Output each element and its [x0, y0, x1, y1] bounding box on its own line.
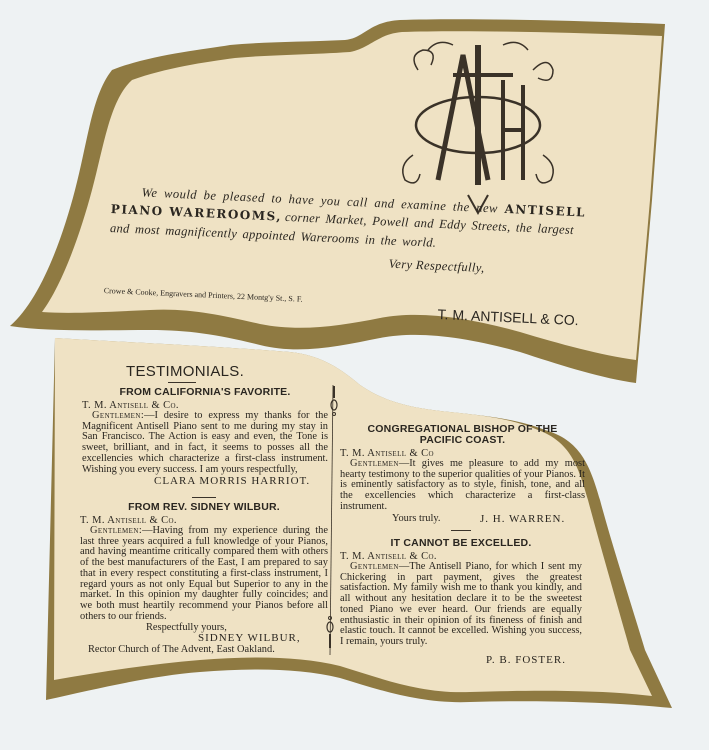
salutation: Gentlemen:: [90, 525, 142, 536]
testimonial-heading: CONGREGATIONAL BISHOP OF THE PACIFIC COA…: [340, 424, 585, 446]
testimonial-closing: Yours truly.: [392, 513, 441, 524]
testimonial-signature: J. H. WARREN.: [480, 513, 565, 525]
testimonial-signature: SIDNEY WILBUR,: [198, 633, 328, 644]
brand-name: ANTISELL: [504, 202, 586, 220]
testimonial-body: Gentlemen—It gives me pleasure to add my…: [340, 459, 585, 513]
testimonial-wilbur: FROM REV. SIDNEY WILBUR. T. M. Antisell …: [80, 501, 328, 655]
section-rule: [192, 497, 216, 498]
testimonials-title: TESTIMONIALS.: [126, 363, 244, 380]
testimonial-signature: CLARA MORRIS HARRIOT.: [154, 475, 328, 487]
salutation: Gentlemen: [350, 458, 399, 469]
testimonial-body: Gentlemen:—I desire to express my thanks…: [82, 411, 328, 475]
section-rule: [451, 530, 471, 531]
body-text: —The Antisell Piano, for which I sent my…: [340, 561, 582, 647]
testimonial-heading: FROM CALIFORNIA'S FAVORITE.: [82, 386, 328, 398]
salutation: Gentlemen: [350, 561, 399, 572]
signature-title: Rector Church of The Advent, East Oaklan…: [88, 644, 328, 655]
testimonial-heading: IT CANNOT BE EXCELLED.: [340, 537, 582, 549]
body-text: —Having from my experience during the la…: [80, 525, 328, 622]
testimonial-foster: IT CANNOT BE EXCELLED. T. M. Antisell & …: [340, 537, 582, 666]
signature-row: Yours truly. J. H. WARREN.: [340, 513, 585, 526]
testimonial-signature: P. B. FOSTER.: [486, 654, 582, 666]
salutation: Gentlemen:: [92, 410, 144, 421]
testimonial-warren: CONGREGATIONAL BISHOP OF THE PACIFIC COA…: [340, 424, 585, 526]
testimonial-body: Gentlemen:—Having from my experience dur…: [80, 526, 328, 622]
testimonial-body: Gentlemen—The Antisell Piano, for which …: [340, 562, 582, 648]
testimonial-heading: FROM REV. SIDNEY WILBUR.: [80, 501, 328, 513]
title-rule: [168, 382, 196, 383]
testimonial-harriot: FROM CALIFORNIA'S FAVORITE. T. M. Antise…: [82, 386, 328, 487]
